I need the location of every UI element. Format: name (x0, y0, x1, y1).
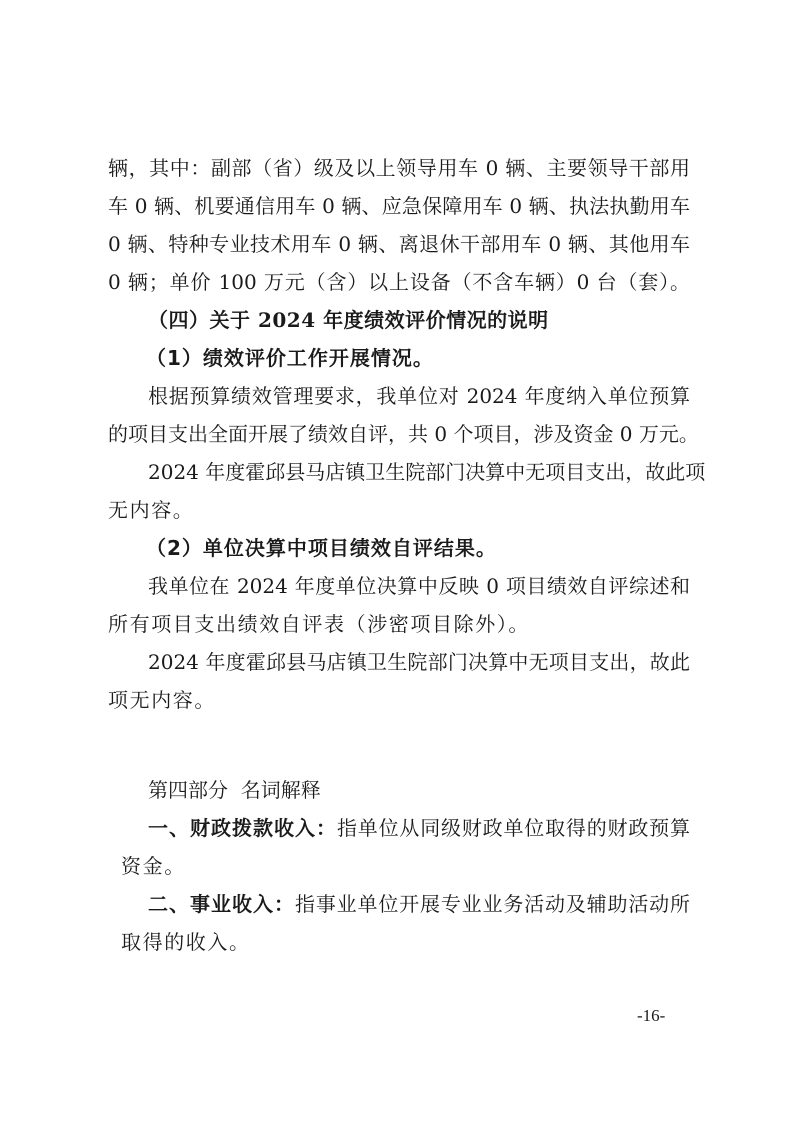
term-definition-text: 指事业单位开展专业业务活动及辅助活动所 (295, 892, 690, 916)
page-number: -16- (637, 1006, 665, 1026)
body-text-line: 根据预算绩效管理要求，我单位对 2024 年度纳入单位预算 (148, 384, 690, 408)
term-definition: 一、财政拨款收入： 指单位从同级财政单位取得的财政预算 (148, 816, 690, 840)
term-definition: 二、事业收入： 指事业单位开展专业业务活动及辅助活动所 (148, 892, 690, 916)
term-label: 二、事业收入： (148, 892, 295, 916)
section-heading: （四）关于 2024 年度绩效评价情况的说明 (148, 308, 549, 332)
body-text-line: 2024 年度霍邱县马店镇卫生院部门决算中无项目支出，故此项 (148, 460, 690, 484)
subsection-heading: （1）绩效评价工作开展情况。 (146, 346, 434, 370)
body-text-line: 辆，其中：副部（省）级及以上领导用车 0 辆、主要领导干部用 (108, 156, 690, 180)
body-text-line: 所有项目支出绩效自评表（涉密项目除外）。 (108, 612, 690, 636)
body-text-line: 2024 年度霍邱县马店镇卫生院部门决算中无项目支出，故此 (148, 650, 690, 674)
term-label: 一、财政拨款收入： (148, 816, 337, 840)
body-text-line: 0 辆、特种专业技术用车 0 辆、离退休干部用车 0 辆、其他用车 (108, 232, 690, 256)
part-heading: 第四部分 名词解释 (148, 778, 321, 802)
body-text-line: 取得的收入。 (121, 930, 703, 954)
body-text-line: 无内容。 (108, 498, 690, 522)
body-text-line: 0 辆；单价 100 万元（含）以上设备（不含车辆）0 台（套）。 (108, 270, 690, 294)
body-text-line: 项无内容。 (108, 688, 690, 712)
body-text-line: 我单位在 2024 年度单位决算中反映 0 项目绩效自评综述和 (148, 574, 690, 598)
subsection-heading: （2）单位决算中项目绩效自评结果。 (146, 536, 497, 560)
body-text-line: 车 0 辆、机要通信用车 0 辆、应急保障用车 0 辆、执法执勤用车 (108, 194, 690, 218)
term-definition-text: 指单位从同级财政单位取得的财政预算 (337, 816, 690, 840)
body-text-line: 的项目支出全面开展了绩效自评，共 0 个项目，涉及资金 0 万元。 (108, 422, 690, 446)
body-text-line: 资金。 (121, 854, 703, 878)
